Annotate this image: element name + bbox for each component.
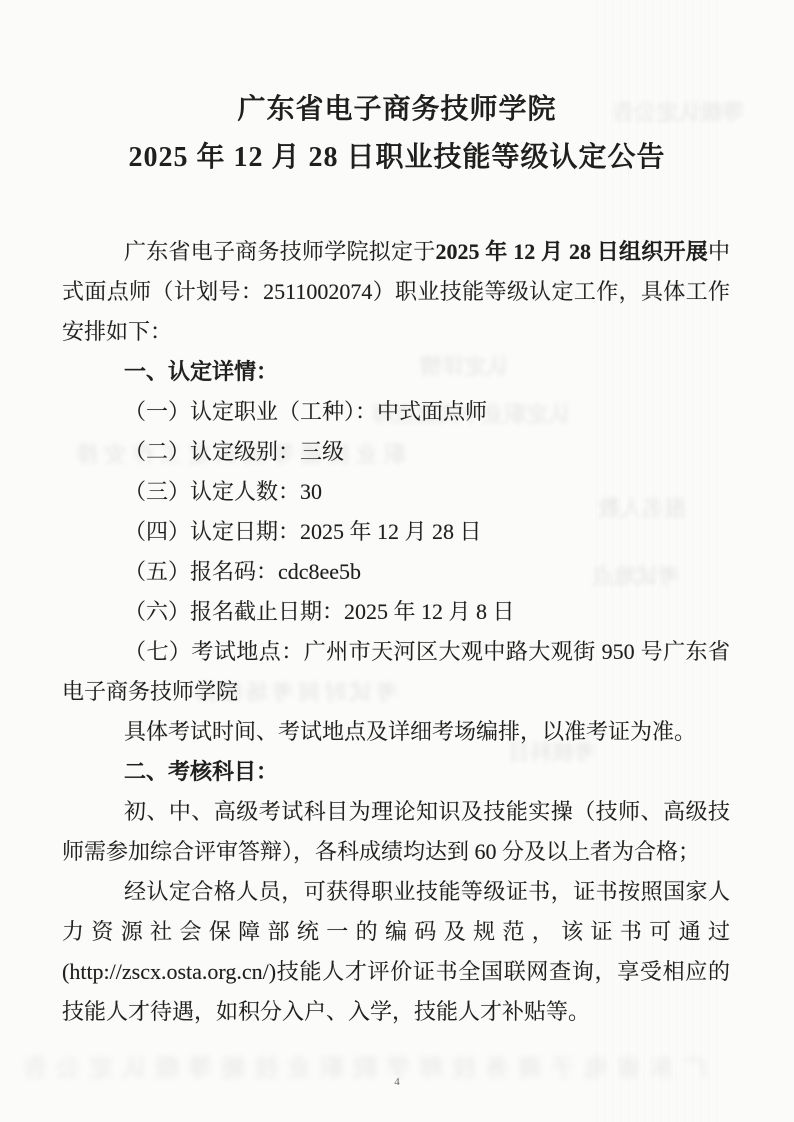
- document-body: 广东省电子商务技师学院拟定于2025 年 12 月 28 日组织开展中式面点师（…: [62, 232, 730, 1032]
- doc-title-line2: 2025 年 12 月 28 日职业技能等级认定公告: [0, 134, 794, 182]
- list-item-level: （二）认定级别：三级: [62, 432, 730, 472]
- doc-title-line1: 广东省电子商务技师学院: [0, 86, 794, 134]
- intro-paragraph: 广东省电子商务技师学院拟定于2025 年 12 月 28 日组织开展中式面点师（…: [62, 232, 730, 352]
- list-item-headcount: （三）认定人数：30: [62, 472, 730, 512]
- list-item-date: （四）认定日期：2025 年 12 月 28 日: [62, 512, 730, 552]
- scanned-document-page: 等级认定公告 认定详情 认定职业中式面点师 职业技能等级认定工作安排 报名人数 …: [0, 0, 794, 1122]
- list-item-occupation: （一）认定职业（工种）：中式面点师: [62, 392, 730, 432]
- section2-paragraph-subjects: 初、中、高级考试科目为理论知识及技能实操（技师、高级技师需参加综合评审答辩），各…: [62, 792, 730, 872]
- page-number: 4: [0, 1076, 794, 1088]
- list-item-exam-location: （七）考试地点：广州市天河区大观中路大观街 950 号广东省电子商务技师学院: [62, 632, 730, 712]
- intro-text-pre: 广东省电子商务技师学院拟定于: [124, 239, 435, 264]
- intro-text-bold-date: 2025 年 12 月 28 日组织开展: [435, 239, 707, 264]
- section1-heading: 一、认定详情：: [62, 352, 730, 392]
- section1-note: 具体考试时间、考试地点及详细考场编排，以准考证为准。: [62, 712, 730, 752]
- list-item-registration-code: （五）报名码：cdc8ee5b: [62, 552, 730, 592]
- section2-heading: 二、考核科目：: [62, 752, 730, 792]
- list-item-deadline: （六）报名截止日期：2025 年 12 月 8 日: [62, 592, 730, 632]
- section2-paragraph-certificate: 经认定合格人员，可获得职业技能等级证书，证书按照国家人力资源社会保障部统一的编码…: [62, 872, 730, 1032]
- document-title: 广东省电子商务技师学院 2025 年 12 月 28 日职业技能等级认定公告: [0, 0, 794, 182]
